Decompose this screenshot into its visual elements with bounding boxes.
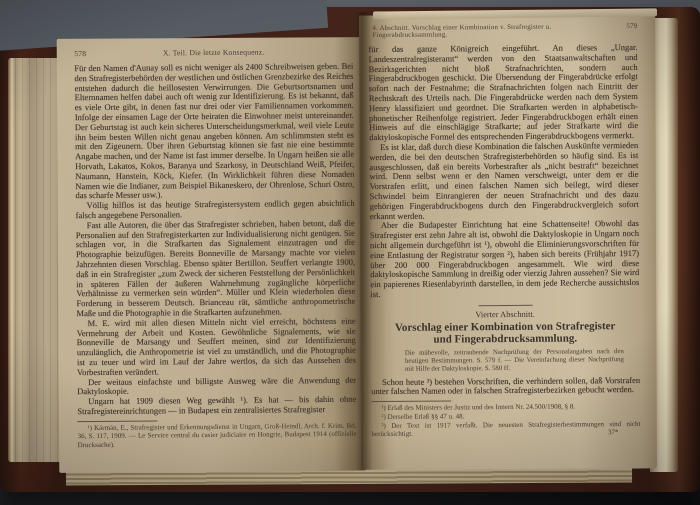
- left-running-title: X. Teil. Die letzte Konsequenz.: [104, 47, 323, 58]
- section-title: Vorschlag einer Kombination von Strafreg…: [389, 320, 622, 347]
- left-page: 578 X. Teil. Die letzte Konsequenz. Für …: [57, 37, 366, 473]
- paragraph: M. E. wird mit allen diesen Mitteln nich…: [77, 316, 357, 377]
- page-edges-left: [8, 58, 62, 462]
- paragraph: für das ganze Königreich eingeführt. An …: [368, 43, 638, 143]
- photo-background: 578 X. Teil. Die letzte Konsequenz. Für …: [0, 0, 700, 505]
- paragraph: Ungarn hat 1909 diesen Weg gewählt ¹). E…: [77, 395, 356, 417]
- footnote-rule: [77, 420, 157, 422]
- paragraph: Fast alle Autoren, die über das Strafreg…: [76, 218, 356, 318]
- right-running-title: 4. Abschnitt. Vorschlag einer Kombinatio…: [368, 23, 613, 39]
- right-running-header: 4. Abschnitt. Vorschlag einer Kombinatio…: [368, 23, 637, 39]
- right-page-body: für das ganze Königreich eingeführt. An …: [368, 43, 639, 300]
- right-page-footnotes: ¹) Erlaß des Ministers der Justiz und de…: [371, 402, 640, 439]
- right-page: 4. Abschnitt. Vorschlag einer Kombinatio…: [359, 14, 657, 469]
- paragraph: Schon heute ³) bestehen Vorschriften, di…: [371, 375, 640, 397]
- footnote-rule: [371, 401, 451, 403]
- right-page-body-2: Schon heute ³) bestehen Vorschriften, di…: [371, 375, 640, 397]
- paragraph: Es ist klar, daß durch diese Kombination…: [369, 141, 639, 221]
- left-page-body: Für den Namen d'Aunay soll es nicht weni…: [74, 62, 356, 417]
- left-page-footnotes: ¹) Kármán, E., Strafregister und Erkennu…: [77, 421, 356, 450]
- paragraph: Aber die Budapester Einrichtung hat eine…: [370, 219, 640, 299]
- section-abstract: Die mühevolle, zeitraubende Nachprüfung …: [405, 348, 624, 374]
- section-divider: [478, 305, 532, 306]
- paragraph: Für den Namen d'Aunay soll es nicht weni…: [74, 62, 354, 202]
- section-label: Vierter Abschnitt.: [371, 309, 640, 320]
- footnote: ¹) Kármán, E., Strafregister und Erkennu…: [77, 421, 356, 450]
- left-running-header: 578 X. Teil. Die letzte Konsequenz.: [74, 47, 353, 58]
- left-page-number: 578: [74, 49, 104, 58]
- right-page-number: 579: [613, 23, 637, 30]
